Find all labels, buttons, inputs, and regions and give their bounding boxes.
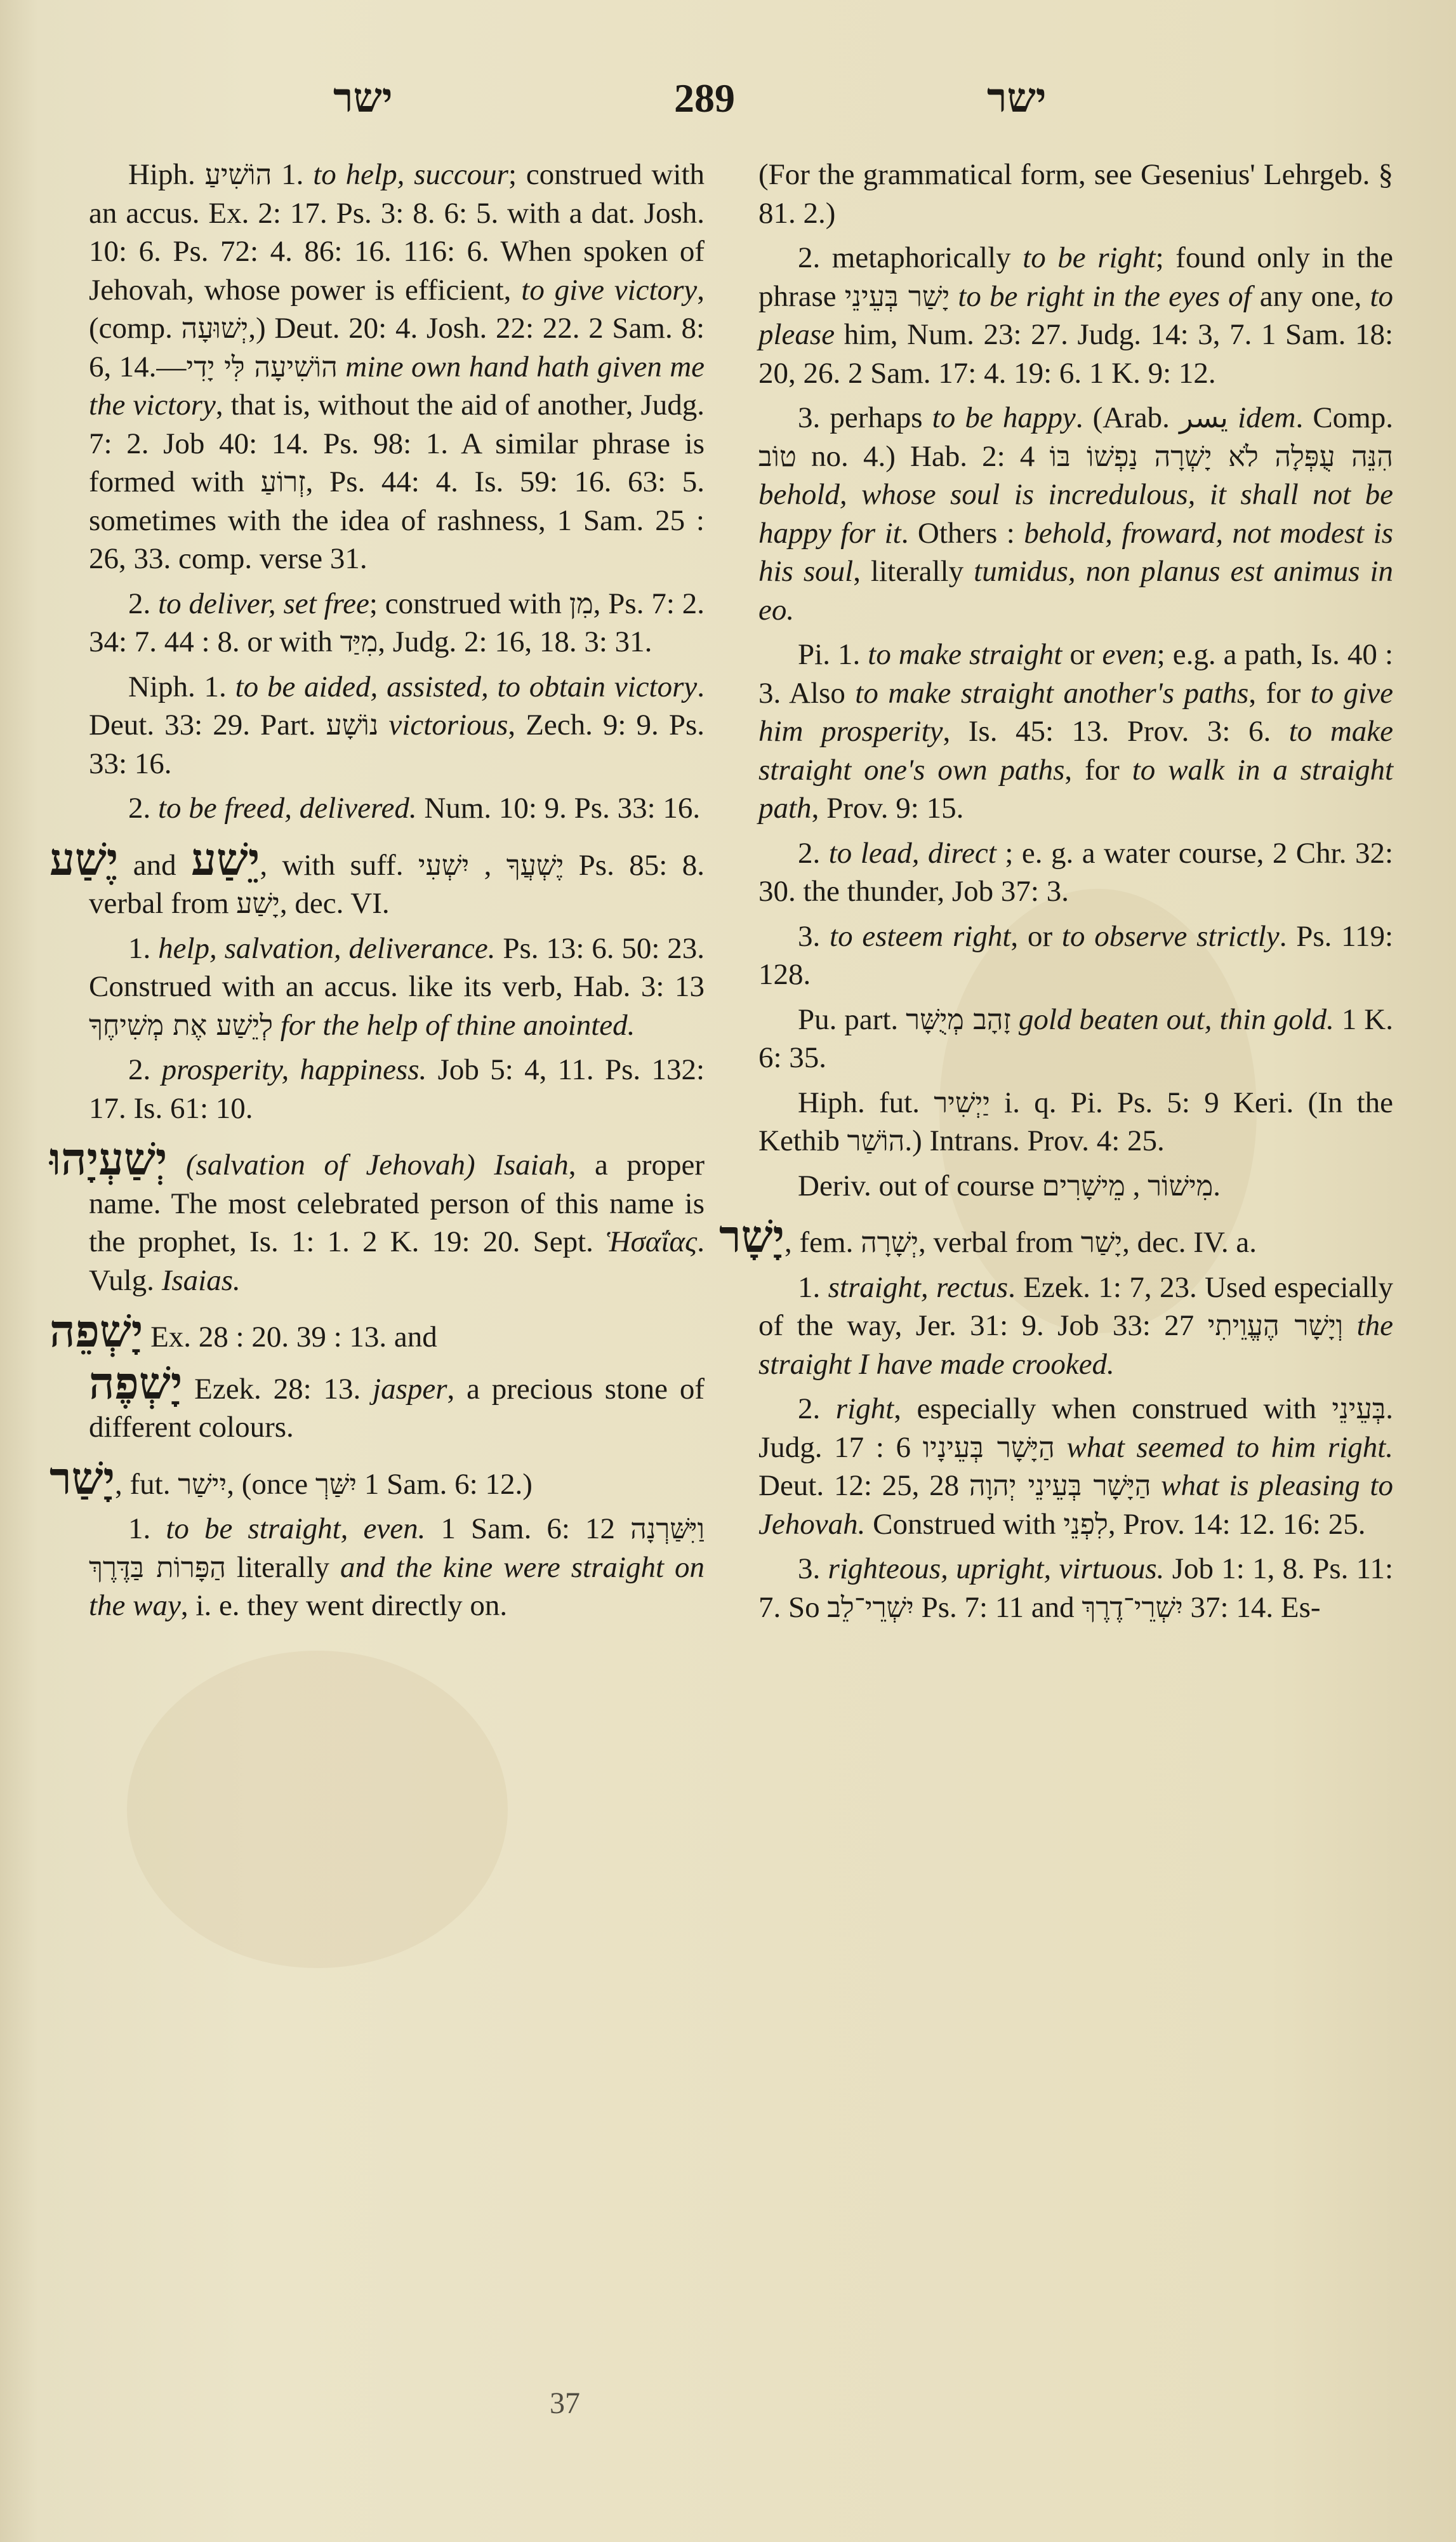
headword: יָשְׁפֶה [89,1357,182,1409]
arabic-word: يسر [1179,401,1228,434]
paper-stain [127,1651,508,1968]
running-head: ישר 289 ישר [0,75,1456,132]
entry-niphal-sense-2: 2. to be freed, delivered. Num. 10: 9. P… [89,789,705,828]
entry-hiphil-sense-2: 2. to deliver, set free; construed with … [89,585,705,662]
entry-yesha: יֶשַׁע and יֵשַׁע, with suff. יִשְׁעִי ,… [89,842,705,923]
entry-adj-sense-1: 1. straight, rectus. Ezek. 1: 7, 23. Use… [758,1268,1393,1384]
entry-yashar-sense-1: 1. to be straight, even. 1 Sam. 6: 12 וַ… [89,1510,705,1625]
signature-mark: 37 [550,2386,580,2421]
headword: יָשְׁפֵה [50,1305,143,1357]
right-column: (For the grammatical form, see Gesenius'… [758,156,1393,1627]
headword: יָשַׁר [50,1452,115,1505]
page-number: 289 [674,75,735,122]
headword: יֶשַׁע [50,833,118,886]
entry-adj-sense-3: 3. righteous, upright, virtuous. Job 1: … [758,1550,1393,1627]
entry-niphal-sense-1: Niph. 1. to be aided, assisted, to obtai… [89,668,705,783]
entry-yashar-adj: יָשָׁר, fem. יְשָׁרָה, verbal from יָשַׁ… [758,1219,1393,1262]
header-guide-word-right: ישר [987,75,1047,122]
entry-derivatives: Deriv. out of course מֵישָׁרִים , מִישׁו… [758,1167,1393,1206]
entry-yashar-sense-2: 2. metaphorically to be right; found onl… [758,239,1393,392]
headword: יְשַׁעְיָהוּ [50,1133,167,1185]
entry-hiphil-sense-1: Hiph. הוֹשִׁיעַ 1. to help, succour; con… [89,156,705,578]
entry-piel-sense-1: Pi. 1. to make straight or even; e.g. a … [758,635,1393,828]
entry-adj-sense-2: 2. right, especially when construed with… [758,1390,1393,1543]
entry-jasper-2: יָשְׁפֶה Ezek. 28: 13. jasper, a preciou… [89,1366,705,1447]
header-guide-word-left: ישר [333,75,393,122]
entry-yashar-sense-3: 3. perhaps to be happy. (Arab. يسر idem.… [758,399,1393,629]
entry-jasper-1: יָשְׁפֵה Ex. 28 : 20. 39 : 13. and [89,1314,705,1357]
headword: יָשָׁר [719,1210,784,1263]
grammar-note: (For the grammatical form, see Gesenius'… [758,156,1393,232]
entry-yesha-sense-2: 2. prosperity, happiness. Job 5: 4, 11. … [89,1051,705,1128]
entry-yashar-verb: יָשַׁר, fut. יִישַׁר, (once יִשַּׁרְ 1 S… [89,1461,705,1504]
entry-piel-sense-2: 2. to lead, direct ; e. g. a water cours… [758,834,1393,911]
entry-piel-sense-3: 3. to esteem right, or to observe strict… [758,917,1393,994]
entry-pual: Pu. part. זָהָב מְיֻשָּׁר gold beaten ou… [758,1001,1393,1077]
entry-yesha-sense-1: 1. help, salvation, deliverance. Ps. 13:… [89,929,705,1045]
headword: יֵשַׁע [191,833,260,886]
entry-hiphil-fut: Hiph. fut. יַיְשִׁיר i. q. Pi. Ps. 5: 9 … [758,1084,1393,1161]
entry-isaiah: יְשַׁעְיָהוּ (salvation of Jehovah) Isai… [89,1141,705,1300]
left-column: Hiph. הוֹשִׁיעַ 1. to help, succour; con… [89,156,705,1625]
